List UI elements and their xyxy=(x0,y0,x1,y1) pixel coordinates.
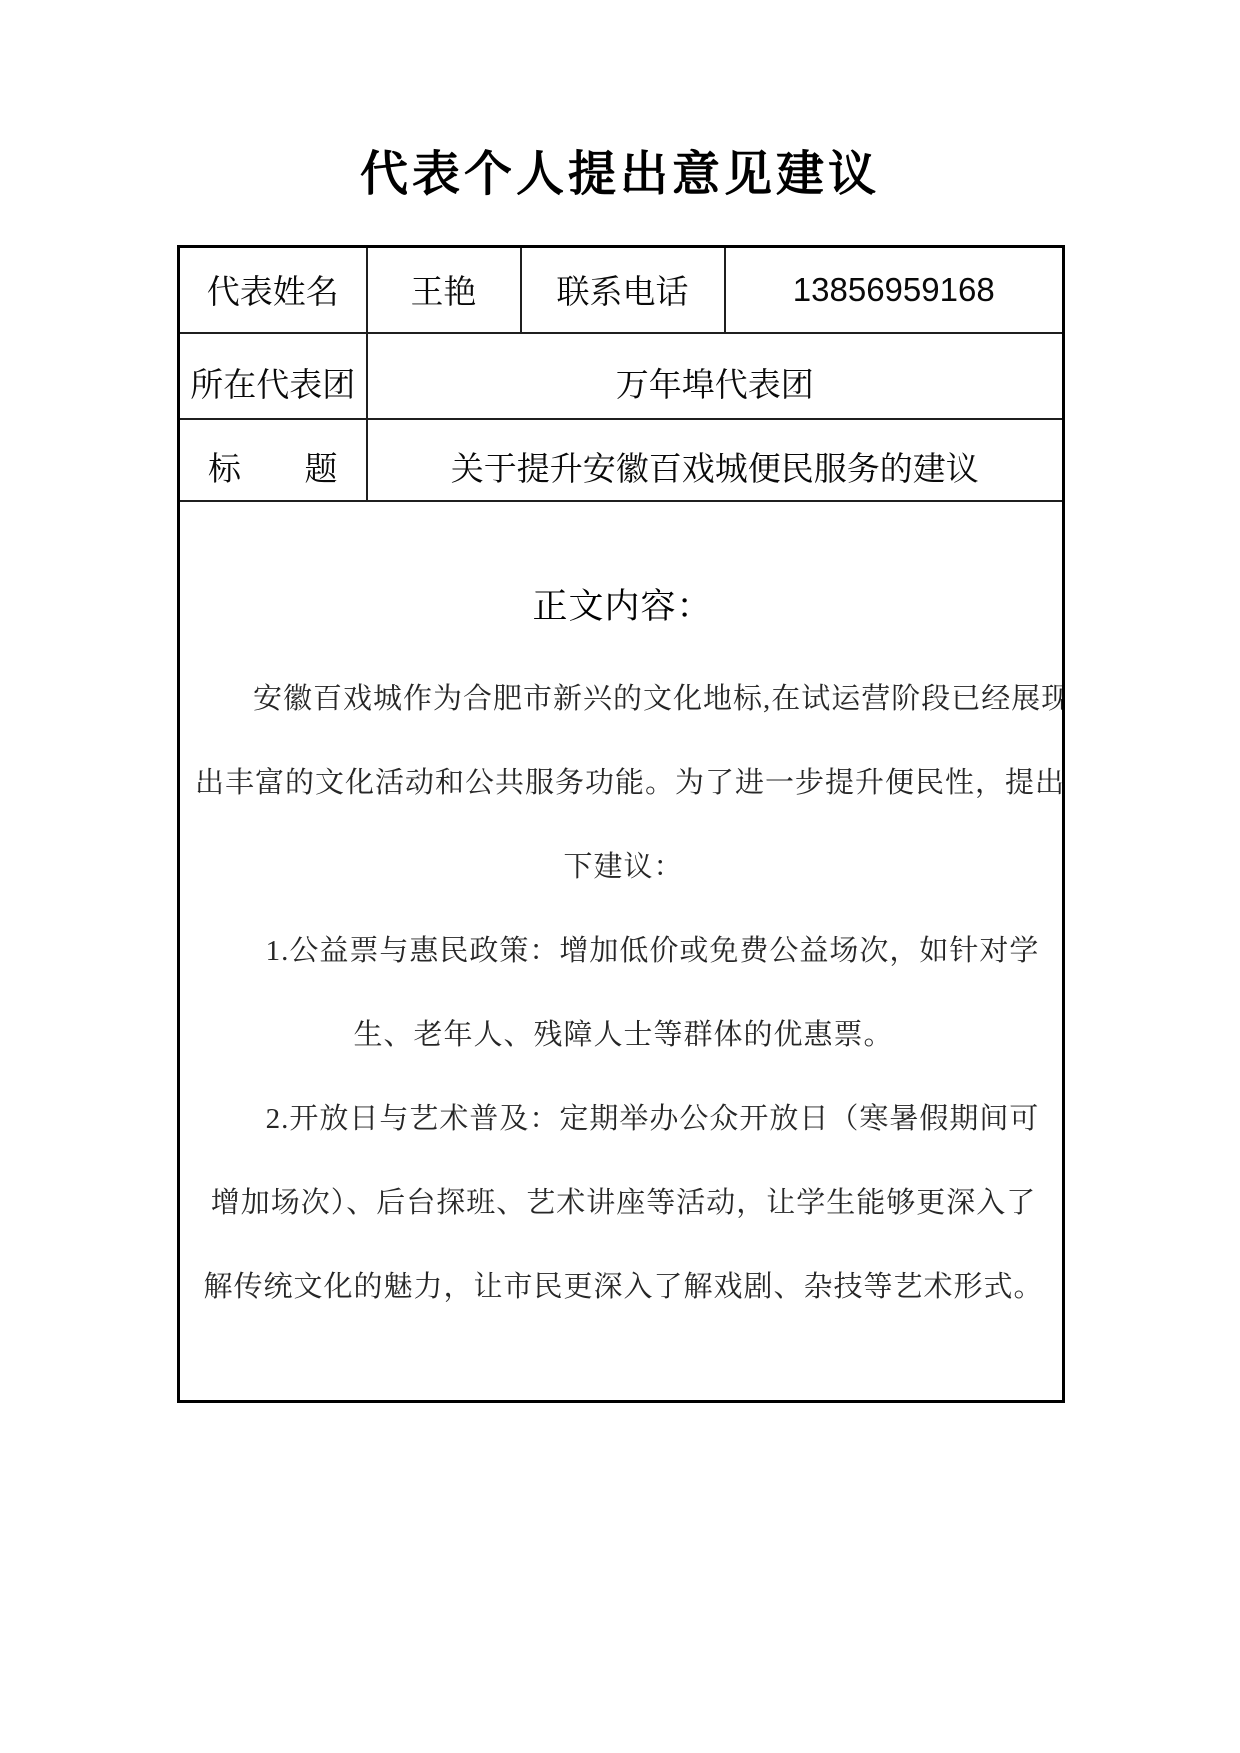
subject-label: 标 题 xyxy=(180,443,366,490)
row-body-content: 正文内容： 安徽百戏城作为合肥市新兴的文化地标,在试运营阶段已经展现 出丰富的文… xyxy=(179,501,1064,1402)
body-line: 出丰富的文化活动和公共服务功能。为了进一步提升便民性，提出以 xyxy=(195,741,1052,825)
phone-value-cell: 13856959168 xyxy=(725,247,1064,333)
body-line: 安徽百戏城作为合肥市新兴的文化地标,在试运营阶段已经展现 xyxy=(195,657,1052,741)
subject-label-char-1: 标 xyxy=(208,443,241,490)
body-line: 1.公益票与惠民政策：增加低价或免费公益场次，如针对学 xyxy=(195,909,1052,993)
body-text: 安徽百戏城作为合肥市新兴的文化地标,在试运营阶段已经展现 出丰富的文化活动和公共… xyxy=(193,657,1052,1329)
row-subject: 标 题 关于提升安徽百戏城便民服务的建议 xyxy=(179,419,1064,501)
name-label-cell: 代表姓名 xyxy=(179,247,367,333)
delegation-value-cell: 万年埠代表团 xyxy=(367,333,1064,419)
row-representative: 代表姓名 王艳 联系电话 13856959168 xyxy=(179,247,1064,333)
row-delegation: 所在代表团 万年埠代表团 xyxy=(179,333,1064,419)
delegation-label-cell: 所在代表团 xyxy=(179,333,367,419)
subject-value-cell: 关于提升安徽百戏城便民服务的建议 xyxy=(367,419,1064,501)
body-line: 2.开放日与艺术普及：定期举办公众开放日（寒暑假期间可 xyxy=(195,1077,1052,1161)
body-content-cell: 正文内容： 安徽百戏城作为合肥市新兴的文化地标,在试运营阶段已经展现 出丰富的文… xyxy=(179,501,1064,1402)
body-content-label: 正文内容： xyxy=(193,585,1052,629)
phone-label-cell: 联系电话 xyxy=(521,247,725,333)
document-page: 代表个人提出意见建议 代表姓名 王艳 联系电话 13856959168 所在代表… xyxy=(0,0,1240,1753)
body-line: 下建议： xyxy=(195,825,1052,909)
body-line: 生、老年人、残障人士等群体的优惠票。 xyxy=(195,993,1052,1077)
body-line: 增加场次）、后台探班、艺术讲座等活动，让学生能够更深入了 xyxy=(195,1161,1052,1245)
suggestion-form-table: 代表姓名 王艳 联系电话 13856959168 所在代表团 万年埠代表团 标 … xyxy=(177,245,1065,1403)
document-title: 代表个人提出意见建议 xyxy=(0,146,1240,204)
subject-label-cell: 标 题 xyxy=(179,419,367,501)
body-line: 解传统文化的魅力，让市民更深入了解戏剧、杂技等艺术形式。 xyxy=(195,1245,1052,1329)
name-value-cell: 王艳 xyxy=(367,247,521,333)
subject-label-char-2: 题 xyxy=(305,443,338,490)
